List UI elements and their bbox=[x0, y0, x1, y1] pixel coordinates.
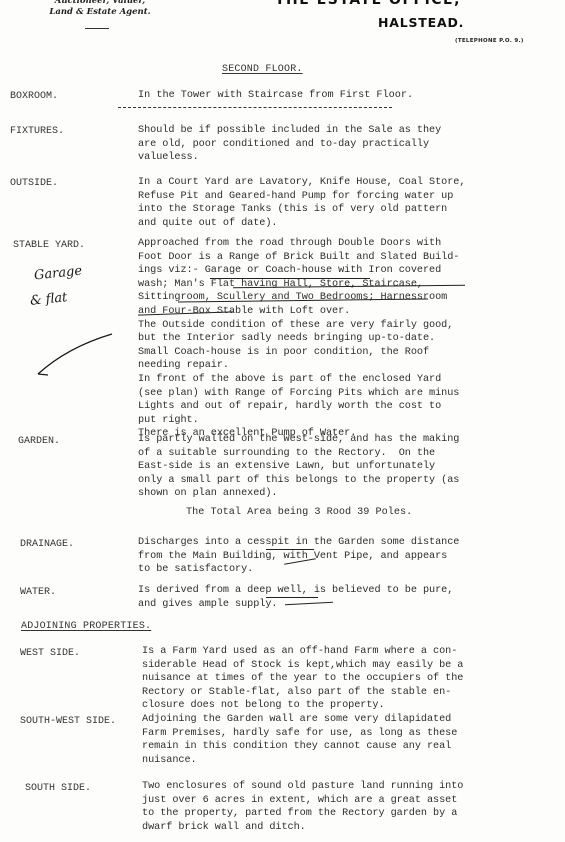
letterhead-profession: Auctioneer, Valuer, Land & Estate Agent. bbox=[40, 0, 160, 18]
margin-arrow-icon bbox=[30, 330, 120, 380]
text-south-side: Two enclosures of sound old pasture land… bbox=[142, 780, 463, 834]
label-south-side: SOUTH SIDE. bbox=[25, 783, 91, 794]
letterhead-town: HALSTEAD. bbox=[378, 15, 464, 30]
text-stable-yard: Approached from the road through Double … bbox=[138, 237, 459, 441]
handwritten-underline bbox=[266, 597, 318, 598]
label-water: WATER. bbox=[20, 587, 56, 598]
section-heading-second-floor: SECOND FLOOR. bbox=[222, 64, 303, 75]
margin-note-line-2: & flat bbox=[29, 290, 68, 309]
label-outside: OUTSIDE. bbox=[10, 178, 58, 189]
text-garden: Is partly walled on the West-side, and h… bbox=[138, 433, 459, 501]
handwritten-underline bbox=[210, 278, 370, 279]
label-boxroom: BOXROOM. bbox=[10, 91, 58, 102]
letterhead-line-2: Land & Estate Agent. bbox=[40, 7, 160, 18]
letterhead-rule bbox=[85, 28, 109, 29]
label-drainage: DRAINAGE. bbox=[20, 539, 74, 550]
handwritten-underline bbox=[266, 549, 314, 550]
text-outside: In a Court Yard are Lavatory, Knife Hous… bbox=[138, 176, 465, 230]
label-fixtures: FIXTURES. bbox=[10, 126, 64, 137]
text-south-west-side: Adjoining the Garden wall are some very … bbox=[142, 713, 457, 767]
text-total-area: The Total Area being 3 Rood 39 Poles. bbox=[186, 507, 412, 518]
text-fixtures: Should be if possible included in the Sa… bbox=[138, 124, 441, 165]
letterhead-line-1: Auctioneer, Valuer, bbox=[40, 0, 160, 7]
label-garden: GARDEN. bbox=[18, 436, 60, 447]
dashed-separator bbox=[118, 107, 392, 108]
text-drainage: Discharges into a cesspit in the Garden … bbox=[138, 536, 459, 577]
text-boxroom: In the Tower with Staircase from First F… bbox=[138, 90, 413, 101]
letterhead-office: THE ESTATE OFFICE, bbox=[275, 0, 461, 8]
letterhead-telephone: (TELEPHONE P.O. 9.) bbox=[455, 38, 524, 44]
document-page: Auctioneer, Valuer, Land & Estate Agent.… bbox=[0, 0, 565, 842]
label-west-side: WEST SIDE. bbox=[20, 648, 80, 659]
label-stable-yard: STABLE YARD. bbox=[13, 240, 85, 251]
label-south-west-side: SOUTH-WEST SIDE. bbox=[20, 716, 116, 727]
section-heading-adjoining: ADJOINING PROPERTIES. bbox=[21, 621, 151, 632]
text-west-side: Is a Farm Yard used as an off-hand Farm … bbox=[142, 645, 463, 713]
margin-note-line-1: Garage bbox=[33, 264, 82, 284]
